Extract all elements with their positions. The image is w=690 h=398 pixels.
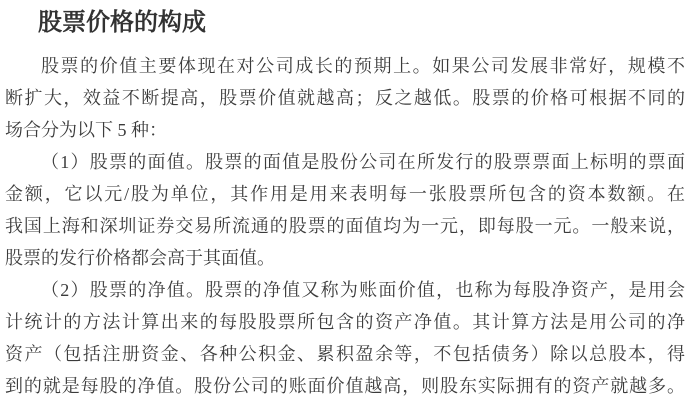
text-line: 我国上海和深圳证券交易所流通的股票的面值均为一元，即每股一元。一般来说， <box>5 210 685 242</box>
text-line: 计统计的方法计算出来的每股股票所包含的资产净值。其计算方法是用公司的净 <box>5 306 685 338</box>
text-line: 到的就是每股的净值。股份公司的账面价值越高，则股东实际拥有的资产就越多。 <box>5 370 685 398</box>
paragraph-face-value: （1）股票的面值。股票的面值是股份公司在所发行的股票票面上标明的票面 金额，它以… <box>5 146 685 274</box>
document-page: 股票价格的构成 股票的价值主要体现在对公司成长的预期上。如果公司发展非常好，规模… <box>0 0 690 398</box>
text-line: 断扩大，效益不断提高，股票价值就越高；反之越低。股票的价格可根据不同的 <box>5 82 685 114</box>
text-line: 股票的价值主要体现在对公司成长的预期上。如果公司发展非常好，规模不 <box>5 50 685 82</box>
body-text: 股票的价值主要体现在对公司成长的预期上。如果公司发展非常好，规模不 断扩大，效益… <box>5 50 685 398</box>
paragraph-net-value: （2）股票的净值。股票的净值又称为账面价值，也称为每股净资产，是用会 计统计的方… <box>5 274 685 398</box>
paragraph-intro: 股票的价值主要体现在对公司成长的预期上。如果公司发展非常好，规模不 断扩大，效益… <box>5 50 685 146</box>
text-line: （2）股票的净值。股票的净值又称为账面价值，也称为每股净资产，是用会 <box>5 274 685 306</box>
text-line: 金额，它以元/股为单位，其作用是用来表明每一张股票所包含的资本数额。在 <box>5 178 685 210</box>
text-line: 资产（包括注册资金、各种公积金、累积盈余等，不包括债务）除以总股本，得 <box>5 338 685 370</box>
text-line: 场合分为以下 5 种： <box>5 114 685 146</box>
text-line: （1）股票的面值。股票的面值是股份公司在所发行的股票票面上标明的票面 <box>5 146 685 178</box>
page-title: 股票价格的构成 <box>38 9 685 37</box>
text-line: 股票的发行价格都会高于其面值。 <box>5 242 685 274</box>
